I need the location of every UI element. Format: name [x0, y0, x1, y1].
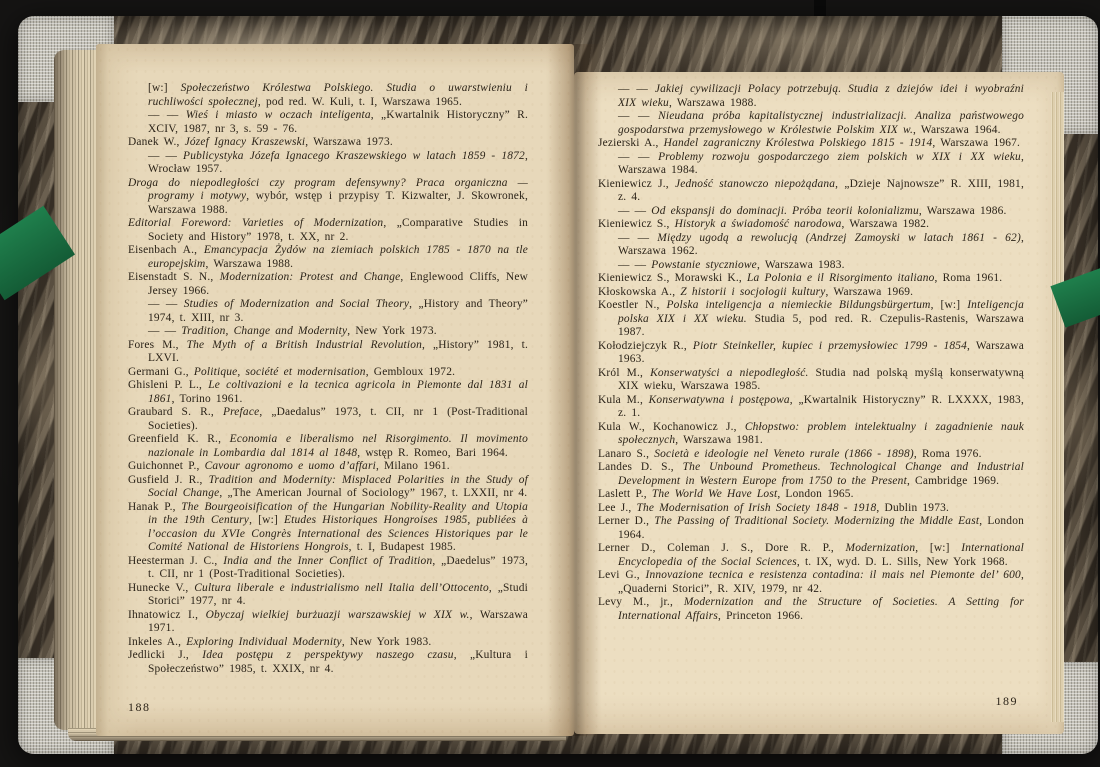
bib-text-run: , Warszawa 1988.	[669, 97, 757, 109]
bibliography-column-left: [w:] Społeczeństwo Królestwa Polskiego. …	[128, 82, 528, 676]
bib-title-run: Tradition, Change and Modernity	[181, 325, 347, 337]
bib-title-run: Cavour agronomo e uomo d’affari	[205, 460, 376, 472]
bib-entry: Graubard S. R., Preface, „Daedalus” 1973…	[128, 406, 528, 433]
bib-title-run: Idea postępu z perspektywy naszego czasu	[202, 649, 454, 661]
bib-entry: Jezierski A., Handel zagraniczny Królest…	[598, 137, 1024, 151]
bib-entry: Kołodziejczyk R., Piotr Steinkeller, kup…	[598, 340, 1024, 367]
bib-title-run: Polska inteligencja a niemieckie Bildung…	[666, 299, 930, 311]
bib-text-run: , [w:]	[249, 514, 284, 526]
bib-entry: Kłoskowska A., Z historii i socjologii k…	[598, 286, 1024, 300]
bib-text-run: , Warszawa 1988.	[205, 258, 293, 270]
bib-title-run: The Myth of a British Industrial Revolut…	[187, 339, 422, 351]
bib-title-run: India and the Inner Conflict of Traditio…	[223, 555, 432, 567]
bib-text-run: Koestler N.,	[598, 299, 666, 311]
bib-text-run: Lee J.,	[598, 502, 637, 514]
bib-text-run: , Princeton 1966.	[718, 610, 803, 622]
bib-title-run: Studies of Modernization and Social Theo…	[184, 298, 409, 310]
bib-text-run: Kula M.,	[598, 394, 649, 406]
bib-title-run: Od ekspansji do dominacji. Próba teorii …	[651, 205, 919, 217]
bib-entry: Inkeles A., Exploring Individual Moderni…	[128, 636, 528, 650]
bib-text-run: Levy M., jr.,	[598, 596, 684, 608]
bib-text-run: Kieniewicz J.,	[598, 178, 675, 190]
bib-entry: Kula M., Konserwatywna i postępowa, „Kwa…	[598, 394, 1024, 421]
bib-title-run: Powstanie styczniowe	[651, 259, 757, 271]
page-left: [w:] Społeczeństwo Królestwa Polskiego. …	[96, 44, 574, 736]
bib-title-run: Cultura liberale e industrialismo nell I…	[194, 582, 489, 594]
bib-entry: Hunecke V., Cultura liberale e industria…	[128, 582, 528, 609]
bib-text-run: , Milano 1961.	[376, 460, 450, 472]
bib-title-run: Obyczaj wielkiej burżuazji warszawskiej …	[206, 609, 470, 621]
bib-title-run: Innovazione tecnica e resistenza contadi…	[645, 569, 1020, 581]
bib-text-run: Lerner D.,	[598, 515, 654, 527]
bib-entry: Editorial Foreword: Varieties of Moderni…	[128, 217, 528, 244]
page-stack-fore-edge	[54, 50, 102, 730]
bib-text-run: Greenfield K. R.,	[128, 433, 230, 445]
bib-entry: Kieniewicz J., Jedność stanowczo niepożą…	[598, 178, 1024, 205]
bib-entry: Jedlicki J., Idea postępu z perspektywy …	[128, 649, 528, 676]
bib-title-run: The World We Have Lost	[652, 488, 777, 500]
bib-entry: Eisenstadt S. N., Modernization: Protest…	[128, 271, 528, 298]
bib-entry: [w:] Społeczeństwo Królestwa Polskiego. …	[128, 82, 528, 109]
bib-text-run: , New York 1973.	[347, 325, 437, 337]
bib-text-run: Kołodziejczyk R.,	[598, 340, 693, 352]
gutter-shadow	[548, 44, 602, 736]
bib-text-run: Danek W.,	[128, 136, 185, 148]
bib-title-run: Wieś i miasto w oczach inteligenta	[186, 109, 371, 121]
bib-entry: Heesterman J. C., India and the Inner Co…	[128, 555, 528, 582]
bib-title-run: Publicystyka Józefa Ignacego Kraszewskie…	[183, 150, 525, 162]
bib-text-run: Inkeles A.,	[128, 636, 186, 648]
bib-text-run: — —	[148, 109, 186, 121]
bib-title-run: The Modernisation of Irish Society 1848 …	[637, 502, 877, 514]
bib-text-run: , Dublin 1973.	[876, 502, 949, 514]
bib-title-run: Problemy rozwoju gospodarczego ziem pols…	[658, 151, 1021, 163]
bib-text-run: Król M.,	[598, 367, 650, 379]
bib-title-run: Konserwatywna i postępowa	[649, 394, 790, 406]
photo-backdrop: [w:] Społeczeństwo Królestwa Polskiego. …	[0, 0, 1100, 767]
bib-title-run: Konserwatyści a niepodległość.	[650, 367, 808, 379]
bib-text-run: , Torino 1961.	[172, 393, 243, 405]
bib-title-run: Editorial Foreword: Varieties of Moderni…	[128, 217, 383, 229]
bib-entry: Laslett P., The World We Have Lost, Lond…	[598, 488, 1024, 502]
bib-title-run: Modernization: Protest and Change	[220, 271, 401, 283]
bib-text-run: Jezierski A.,	[598, 137, 664, 149]
bib-title-run: Politique, société et modernisation	[194, 366, 366, 378]
bib-text-run: — —	[618, 205, 651, 217]
bib-text-run: , Roma 1976.	[914, 448, 982, 460]
bib-text-run: , wstęp R. Romeo, Bari 1964.	[357, 447, 508, 459]
bib-text-run: , Warszawa 1973.	[305, 136, 393, 148]
bib-entry: Lee J., The Modernisation of Irish Socie…	[598, 502, 1024, 516]
bib-entry: — — Problemy rozwoju gospodarczego ziem …	[598, 151, 1024, 178]
bib-entry: Fores M., The Myth of a British Industri…	[128, 339, 528, 366]
bib-title-run: Z historii i socjologii kultury	[680, 286, 825, 298]
bib-text-run: — —	[618, 232, 657, 244]
bib-text-run: Laslett P.,	[598, 488, 652, 500]
bib-text-run: , t. I, Budapest 1985.	[349, 541, 456, 553]
bib-entry: Lerner D., The Passing of Traditional So…	[598, 515, 1024, 542]
bib-text-run: Lanaro S.,	[598, 448, 654, 460]
page-number-left: 188	[128, 700, 151, 715]
bib-entry: Guichonnet P., Cavour agronomo e uomo d’…	[128, 460, 528, 474]
bib-text-run: , Warszawa 1982.	[842, 218, 930, 230]
bib-text-run: Gusfield J. R.,	[128, 474, 209, 486]
bib-text-run: Kłoskowska A.,	[598, 286, 680, 298]
bib-text-run: , Warszawa 1986.	[919, 205, 1007, 217]
page-right: — — Jakiej cywilizacji Polacy potrzebują…	[574, 72, 1064, 734]
bib-text-run: Ihnatowicz I.,	[128, 609, 206, 621]
bib-text-run: Landes D. S.,	[598, 461, 683, 473]
bib-text-run: , Warszawa 1981.	[675, 434, 763, 446]
bib-entry: — — Między ugodą a rewolucją (Andrzej Za…	[598, 232, 1024, 259]
bib-text-run: , Warszawa 1967.	[932, 137, 1020, 149]
bib-text-run: Germani G.,	[128, 366, 194, 378]
bib-title-run: Handel zagraniczny Królestwa Polskiego 1…	[664, 137, 933, 149]
bib-title-run: Exploring Individual Modernity	[186, 636, 342, 648]
bib-text-run: , Roma 1961.	[935, 272, 1003, 284]
bib-text-run: [w:]	[148, 82, 181, 94]
bib-title-run: Modernization	[846, 542, 916, 554]
bib-text-run: Guichonnet P.,	[128, 460, 205, 472]
bib-entry: Gusfield J. R., Tradition and Modernity:…	[128, 474, 528, 501]
bib-text-run: , [w:]	[915, 542, 961, 554]
bib-entry: Kieniewicz S., Morawski K., La Polonia e…	[598, 272, 1024, 286]
bib-entry: Greenfield K. R., Economia e liberalismo…	[128, 433, 528, 460]
bib-entry: Koestler N., Polska inteligencja a niemi…	[598, 299, 1024, 340]
bib-text-run: Hunecke V.,	[128, 582, 194, 594]
bib-entry: Droga do niepodległości czy program defe…	[128, 177, 528, 218]
bib-text-run: Eisenstadt S. N.,	[128, 271, 220, 283]
bib-text-run: — —	[618, 110, 658, 122]
bib-entry: Hanak P., The Bourgeoisification of the …	[128, 501, 528, 555]
bib-entry: Lerner D., Coleman J. S., Dore R. P., Mo…	[598, 542, 1024, 569]
bib-text-run: — —	[618, 83, 655, 95]
bib-title-run: Między ugodą a rewolucją (Andrzej Zamoys…	[657, 232, 1021, 244]
bib-text-run: , [w:]	[931, 299, 968, 311]
bib-entry: Eisenbach A., Emancypacja Żydów na ziemi…	[128, 244, 528, 271]
bibliography-column-right: — — Jakiej cywilizacji Polacy potrzebują…	[598, 83, 1024, 623]
bib-entry: Ihnatowicz I., Obyczaj wielkiej burżuazj…	[128, 609, 528, 636]
bib-text-run: — —	[148, 325, 181, 337]
bib-text-run: Jedlicki J.,	[128, 649, 202, 661]
bib-text-run: , Warszawa 1964.	[913, 124, 1001, 136]
bib-entry: — — Wieś i miasto w oczach inteligenta, …	[128, 109, 528, 136]
bib-title-run: Jedność stanowczo niepożądana	[675, 178, 835, 190]
bib-text-run: — —	[618, 151, 658, 163]
bib-text-run: , Cambridge 1969.	[907, 475, 999, 487]
bib-text-run: , Warszawa 1983.	[757, 259, 845, 271]
bib-text-run: , „The American Journal of Sociology” 19…	[219, 487, 527, 499]
bib-title-run: Società e ideologie nel Veneto rurale (1…	[654, 448, 914, 460]
bib-text-run: Lerner D., Coleman J. S., Dore R. P.,	[598, 542, 846, 554]
bib-text-run: Kula W., Kochanowicz J.,	[598, 421, 745, 433]
bib-entry: — — Od ekspansji do dominacji. Próba teo…	[598, 205, 1024, 219]
bib-text-run: — —	[148, 298, 184, 310]
bib-title-run: Preface	[223, 406, 259, 418]
bib-text-run: Levi G.,	[598, 569, 645, 581]
bib-entry: — — Powstanie styczniowe, Warszawa 1983.	[598, 259, 1024, 273]
bib-title-run: The Passing of Traditional Society. Mode…	[654, 515, 979, 527]
bib-title-run: Historyk a świadomość narodowa	[675, 218, 842, 230]
bib-text-run: , pod red. W. Kuli, t. I, Warszawa 1965.	[258, 96, 462, 108]
bib-text-run: Eisenbach A.,	[128, 244, 204, 256]
bib-entry: Landes D. S., The Unbound Prometheus. Te…	[598, 461, 1024, 488]
bib-text-run: , London 1965.	[777, 488, 853, 500]
bib-text-run: , Gembloux 1972.	[366, 366, 455, 378]
bib-text-run: Graubard S. R.,	[128, 406, 223, 418]
page-number-right: 189	[996, 694, 1019, 709]
bib-entry: — — Tradition, Change and Modernity, New…	[128, 325, 528, 339]
bib-text-run: Heesterman J. C.,	[128, 555, 223, 567]
bib-text-run: , Warszawa 1969.	[826, 286, 914, 298]
bib-text-run: — —	[618, 259, 651, 271]
bib-text-run: Kieniewicz S., Morawski K.,	[598, 272, 747, 284]
bib-entry: — — Jakiej cywilizacji Polacy potrzebują…	[598, 83, 1024, 110]
bib-text-run: Ghisleni P. L.,	[128, 379, 208, 391]
bib-entry: Kula W., Kochanowicz J., Chłopstwo: prob…	[598, 421, 1024, 448]
bib-text-run: Hanak P.,	[128, 501, 181, 513]
bib-entry: Germani G., Politique, société et modern…	[128, 366, 528, 380]
bib-entry: Lanaro S., Società e ideologie nel Venet…	[598, 448, 1024, 462]
bib-entry: Levi G., Innovazione tecnica e resistenz…	[598, 569, 1024, 596]
bib-entry: — — Studies of Modernization and Social …	[128, 298, 528, 325]
bib-text-run: , New York 1983.	[342, 636, 432, 648]
bib-entry: Levy M., jr., Modernization and the Stru…	[598, 596, 1024, 623]
bib-entry: Danek W., Józef Ignacy Kraszewski, Warsz…	[128, 136, 528, 150]
page-fore-edge-right	[1051, 92, 1064, 722]
bib-title-run: Józef Ignacy Kraszewski	[185, 136, 306, 148]
bib-text-run: , t. IX, wyd. D. L. Sills, New York 1968…	[797, 556, 1008, 568]
bib-title-run: Piotr Steinkeller, kupiec i przemysłowie…	[693, 340, 967, 352]
bib-entry: Ghisleni P. L., Le coltivazioni e la tec…	[128, 379, 528, 406]
bib-text-run: — —	[148, 150, 183, 162]
bib-entry: — — Publicystyka Józefa Ignacego Kraszew…	[128, 150, 528, 177]
bib-text-run: Kieniewicz S.,	[598, 218, 675, 230]
bib-title-run: La Polonia e il Risorgimento italiano	[747, 272, 935, 284]
bib-entry: Kieniewicz S., Historyk a świadomość nar…	[598, 218, 1024, 232]
bib-entry: — — Nieudana próba kapitalistycznej indu…	[598, 110, 1024, 137]
bib-text-run: Fores M.,	[128, 339, 187, 351]
bib-entry: Król M., Konserwatyści a niepodległość. …	[598, 367, 1024, 394]
